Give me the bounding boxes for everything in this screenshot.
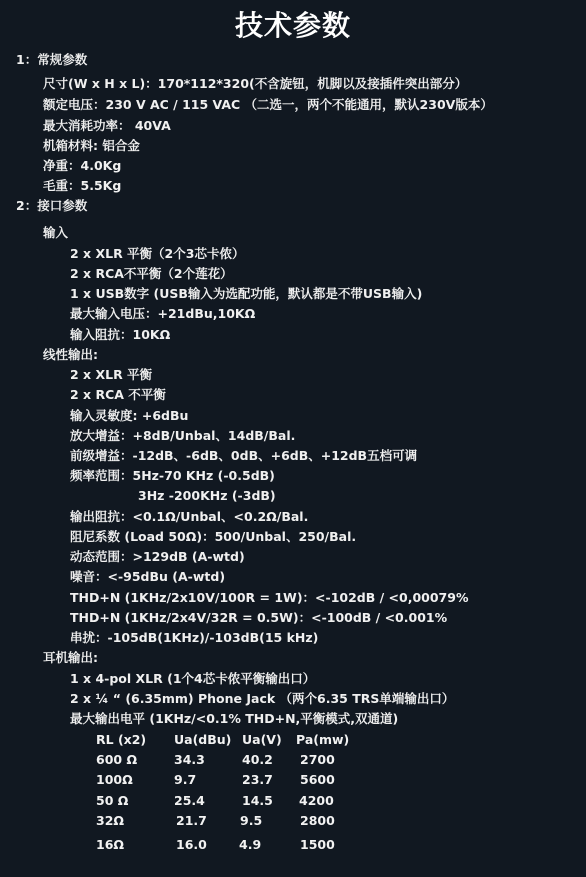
table-header-cell: Ua(V) (242, 731, 282, 749)
headphone-xlr: 1 x 4-pol XLR (1个4芯卡侬平衡输出口） (70, 670, 315, 688)
page-title: 技术参数 (0, 8, 586, 44)
table-cell: 4.9 (239, 836, 261, 854)
table-cell: 32Ω (96, 812, 124, 830)
line-output-gain: 放大增益：+8dB/Unbal、14dB/Bal. (70, 427, 295, 445)
input-rca: 2 x RCA不平衡（2个莲花） (70, 265, 233, 283)
table-cell: 16.0 (176, 836, 207, 854)
line-output-dynamic-range: 动态范围：>129dB (A-wtd) (70, 548, 245, 566)
table-cell: 14.5 (242, 792, 273, 810)
input-max-voltage: 最大输入电压：+21dBu,10KΩ (70, 305, 255, 323)
input-impedance: 输入阻抗：10KΩ (70, 326, 170, 344)
table-header-cell: RL (x2) (96, 731, 146, 749)
table-cell: 2700 (300, 751, 335, 769)
table-cell: 2800 (300, 812, 335, 830)
headphone-max-level: 最大输出电平 (1KHz/<0.1% THD+N,平衡模式,双通道) (70, 710, 398, 728)
input-usb: 1 x USB数字 (USB输入为选配功能，默认都是不带USB输入) (70, 285, 422, 303)
table-header-cell: Ua(dBu) (174, 731, 231, 749)
line-output-sensitivity: 输入灵敏度: +6dBu (70, 407, 188, 425)
headphone-jack: 2 x ¼ “ (6.35mm) Phone Jack （两个6.35 TRS单… (70, 690, 454, 708)
input-xlr: 2 x XLR 平衡（2个3芯卡侬） (70, 245, 244, 263)
line-output-crosstalk: 串扰：-105dB(1KHz)/-103dB(15 kHz) (70, 629, 318, 647)
table-cell: 9.7 (174, 771, 196, 789)
spec-chassis: 机箱材料: 铝合金 (43, 137, 140, 155)
subheading-line-output: 线性输出: (43, 346, 98, 364)
line-output-thd-2: THD+N (1KHz/2x4V/32R = 0.5W)：<-100dB / <… (70, 609, 447, 627)
line-output-freq-range-2: 3Hz -200KHz (-3dB) (138, 487, 276, 505)
line-output-xlr: 2 x XLR 平衡 (70, 366, 152, 384)
line-output-noise: 噪音：<-95dBu (A-wtd) (70, 568, 225, 586)
line-output-damping: 阻尼系数 (Load 50Ω)：500/Unbal、250/Bal. (70, 528, 356, 546)
table-cell: 25.4 (174, 792, 205, 810)
line-output-thd-1: THD+N (1KHz/2x10V/100R = 1W)：<-102dB / <… (70, 589, 468, 607)
line-output-impedance: 输出阻抗：<0.1Ω/Unbal、<0.2Ω/Bal. (70, 508, 308, 526)
spec-gross-weight: 毛重：5.5Kg (43, 177, 121, 195)
table-cell: 34.3 (174, 751, 205, 769)
table-cell: 4200 (299, 792, 334, 810)
line-output-pre-gain: 前级增益：-12dB、-6dB、0dB、+6dB、+12dB五档可调 (70, 447, 417, 465)
spec-power: 最大消耗功率： 40VA (43, 117, 171, 135)
table-cell: 1500 (300, 836, 335, 854)
table-cell: 21.7 (176, 812, 207, 830)
table-cell: 100Ω (96, 771, 133, 789)
table-cell: 16Ω (96, 836, 124, 854)
spec-dimensions: 尺寸(W x H x L)：170*112*320(不含旋钮，机脚以及接插件突出… (43, 75, 467, 93)
table-cell: 40.2 (242, 751, 273, 769)
table-cell: 5600 (300, 771, 335, 789)
table-cell: 23.7 (242, 771, 273, 789)
subheading-input: 输入 (43, 224, 68, 242)
table-cell: 9.5 (240, 812, 262, 830)
line-output-freq-range: 频率范围：5Hz-70 KHz (-0.5dB) (70, 467, 275, 485)
subheading-headphone-output: 耳机输出: (43, 649, 98, 667)
table-cell: 50 Ω (96, 792, 128, 810)
table-header-cell: Pa(mw) (296, 731, 349, 749)
spec-voltage: 额定电压：230 V AC / 115 VAC （二选一，两个不能通用，默认23… (43, 96, 493, 114)
section-heading-interface: 2：接口参数 (16, 197, 87, 215)
table-cell: 600 Ω (96, 751, 137, 769)
section-heading-general: 1：常规参数 (16, 51, 87, 69)
line-output-rca: 2 x RCA 不平衡 (70, 386, 166, 404)
spec-net-weight: 净重：4.0Kg (43, 157, 121, 175)
